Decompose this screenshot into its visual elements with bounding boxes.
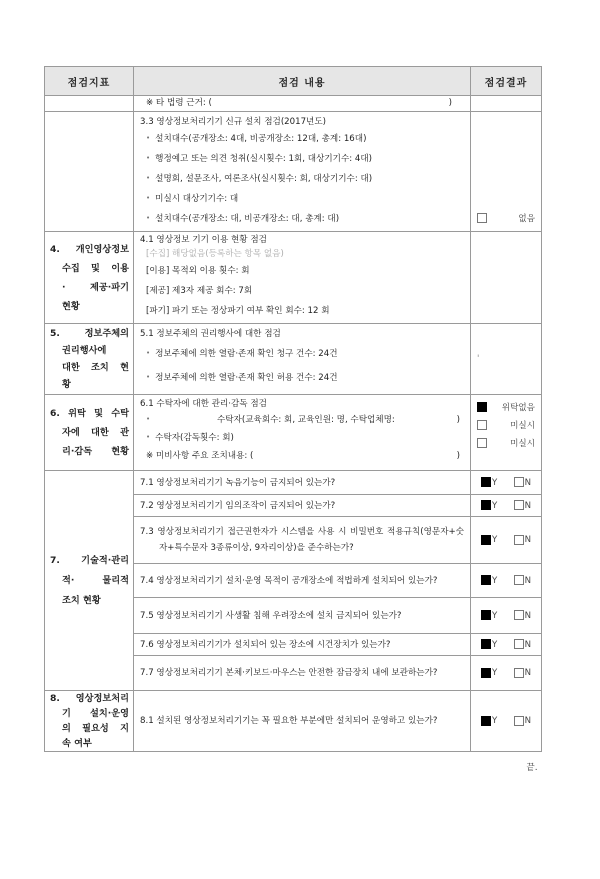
indicator-cell bbox=[45, 96, 134, 112]
item-line: 수탁자(감독횟수: 회) bbox=[140, 429, 464, 447]
checkbox-yes-checked[interactable] bbox=[481, 716, 491, 726]
checkbox-yes-checked[interactable] bbox=[481, 610, 491, 620]
indicator-title-line: 대한 조치 현 bbox=[50, 359, 129, 376]
indicator-title-line: 리·감독 현황 bbox=[50, 442, 129, 461]
item-line: 수탁자(교육회수: 회, 교육인원: 명, 수탁업체명: ) bbox=[140, 411, 464, 429]
indicator-title-line: 자에 대한 관 bbox=[50, 423, 129, 442]
close-paren: ) bbox=[457, 447, 460, 465]
no-label: N bbox=[525, 640, 531, 650]
table-row: 5. 정보주체의 권리행사에 대한 조치 현 황 5.1 정보주체의 권리행사에… bbox=[45, 324, 542, 395]
item-line: 설치대수(공개장소: 4대, 비공개장소: 12대, 총계: 16대) bbox=[140, 130, 464, 149]
content-cell: ※ 타 법령 근거: ( ) bbox=[134, 96, 471, 112]
item-line: [이용] 목적외 이용 횟수: 회 bbox=[140, 261, 464, 281]
yes-no-choice: Y N bbox=[477, 716, 535, 727]
question-text: 8.1 설치된 영상정보처리기기는 꼭 필요한 부분에만 설치되어 운영하고 있… bbox=[140, 713, 464, 729]
other-law-basis-label: ※ 타 법령 근거: ( bbox=[146, 96, 212, 111]
indicator-cell: 8. 영상정보처리 기 설치·운영 의 필요성 지 속 여부 bbox=[45, 691, 134, 752]
checkbox[interactable] bbox=[477, 438, 487, 448]
yes-no-choice: Y N bbox=[477, 668, 535, 679]
yes-label: Y bbox=[492, 668, 497, 678]
checkbox-yes-checked[interactable] bbox=[481, 477, 491, 487]
indicator-number: 8. bbox=[50, 693, 60, 704]
result-option: 미실시 bbox=[477, 416, 535, 434]
indicator-title-line: 수집 및 이용 bbox=[50, 259, 129, 278]
result-option: 없음 bbox=[477, 209, 535, 227]
indicator-cell bbox=[45, 112, 134, 232]
indicator-number: 6. bbox=[50, 408, 60, 419]
checkbox-label: 위탁없음 bbox=[502, 401, 535, 413]
indicator-title: 개인영상정보 bbox=[76, 244, 129, 255]
item-line: 설명회, 설문조사, 여론조사(실시횟수: 회, 대상기기수: 대) bbox=[140, 169, 464, 189]
table-row: 8. 영상정보처리 기 설치·운영 의 필요성 지 속 여부 8.1 설치된 영… bbox=[45, 691, 542, 752]
checkbox-no[interactable] bbox=[514, 500, 524, 510]
content-cell: 8.1 설치된 영상정보처리기기는 꼭 필요한 부분에만 설치되어 운영하고 있… bbox=[134, 691, 471, 752]
no-label: N bbox=[525, 501, 531, 511]
content-cell: 7.6 영상정보처리기기가 설치되어 있는 장소에 시건장치가 있는가? bbox=[134, 634, 471, 656]
result-cell: Y N bbox=[471, 634, 542, 656]
item-title: 3.3 영상정보처리기기 신규 설치 점검(2017년도) bbox=[140, 115, 464, 130]
item-line: 설치대수(공개장소: 대, 비공개장소: 대, 총계: 대) bbox=[140, 209, 464, 229]
note-text: ※ 미비사항 주요 조치내용: ( bbox=[146, 447, 253, 465]
no-label: N bbox=[525, 668, 531, 678]
yes-no-choice: Y N bbox=[477, 639, 535, 650]
content-cell: 6.1 수탁자에 대한 관리·감독 점검 수탁자(교육회수: 회, 교육인원: … bbox=[134, 395, 471, 471]
item-title: 5.1 정보주체의 권리행사에 대한 점검 bbox=[140, 326, 464, 342]
checkbox[interactable] bbox=[477, 213, 487, 223]
item-line: 미실시 대상기기수: 대 bbox=[140, 189, 464, 209]
content-cell: 7.5 영상정보처리기기 사생활 침해 우려장소에 설치 금지되어 있는가? bbox=[134, 598, 471, 634]
yes-no-choice: Y N bbox=[477, 477, 535, 488]
yes-no-choice: Y N bbox=[477, 610, 535, 621]
yes-no-choice: Y N bbox=[477, 575, 535, 586]
note-line: ※ 미비사항 주요 조치내용: ( ) bbox=[140, 447, 464, 465]
indicator-title-line: 권리행사에 bbox=[50, 342, 129, 359]
indicator-number: 5. bbox=[50, 328, 60, 339]
table-row: ※ 타 법령 근거: ( ) bbox=[45, 96, 542, 112]
inspection-checklist-table: 점검지표 점검 내용 점검결과 ※ 타 법령 근거: ( ) 3.3 영상정보처… bbox=[44, 66, 542, 752]
close-paren: ) bbox=[457, 411, 460, 429]
item-line: 정보주체에 의한 열람·존재 확인 허용 건수: 24건 bbox=[140, 366, 464, 390]
item-line: [파기] 파기 또는 정상파기 여부 확인 회수: 12 회 bbox=[140, 301, 464, 321]
item-line: [수집] 해당없음(등록하는 항목 없음) bbox=[140, 247, 464, 261]
close-paren: ) bbox=[449, 96, 452, 111]
no-label: N bbox=[525, 535, 531, 545]
checkbox-no[interactable] bbox=[514, 668, 524, 678]
checkbox-no[interactable] bbox=[514, 477, 524, 487]
end-mark: 끝. bbox=[526, 760, 538, 773]
result-cell bbox=[471, 96, 542, 112]
indicator-title-line: 의 필요성 지 bbox=[50, 721, 129, 736]
table-row: 6. 위탁 및 수탁 자에 대한 관 리·감독 현황 6.1 수탁자에 대한 관… bbox=[45, 395, 542, 471]
yes-label: Y bbox=[492, 576, 497, 586]
item-line: 정보주체에 의한 열람·존재 확인 청구 건수: 24건 bbox=[140, 342, 464, 366]
content-cell: 3.3 영상정보처리기기 신규 설치 점검(2017년도) 설치대수(공개장소:… bbox=[134, 112, 471, 232]
item-line-text: 수탁자(교육회수: 회, 교육인원: 명, 수탁업체명: bbox=[217, 411, 395, 429]
indicator-cell: 6. 위탁 및 수탁 자에 대한 관 리·감독 현황 bbox=[45, 395, 134, 471]
indicator-title-line: · 제공·파기 bbox=[50, 278, 129, 297]
no-label: N bbox=[525, 611, 531, 621]
checkbox-label: 미실시 bbox=[510, 419, 535, 431]
result-option: 미실시 bbox=[477, 434, 535, 452]
table-row: 7. 기술적·관리 적· 물리적 조치 현황 7.1 영상정보처리기기 녹음기능… bbox=[45, 471, 542, 495]
question-text: 7.3 영상정보처리기기 접근권한자가 시스템을 사용 시 비밀번호 적용규칙(… bbox=[140, 524, 464, 556]
indicator-title: 정보주체의 bbox=[85, 328, 129, 339]
table-row: 4. 개인영상정보 수집 및 이용 · 제공·파기 현황 4.1 영상정보 기기… bbox=[45, 232, 542, 324]
yes-label: Y bbox=[492, 478, 497, 488]
indicator-title-line: 황 bbox=[50, 376, 129, 393]
checkbox-no[interactable] bbox=[514, 639, 524, 649]
question-text: 7.7 영상정보처리기기 본체·키보드·마우스는 안전한 잠금장치 내에 보관하… bbox=[140, 665, 464, 681]
checkbox-checked[interactable] bbox=[477, 402, 487, 412]
content-cell: 4.1 영상정보 기기 이용 현황 점검 [수집] 해당없음(등록하는 항목 없… bbox=[134, 232, 471, 324]
indicator-title: 기술적·관리 bbox=[81, 555, 129, 566]
checkbox-yes-checked[interactable] bbox=[481, 575, 491, 585]
question-text: 7.2 영상정보처리기기 임의조작이 금지되어 있는가? bbox=[140, 498, 464, 514]
indicator-cell: 5. 정보주체의 권리행사에 대한 조치 현 황 bbox=[45, 324, 134, 395]
result-cell: 없음 bbox=[471, 112, 542, 232]
indicator-cell: 7. 기술적·관리 적· 물리적 조치 현황 bbox=[45, 471, 134, 691]
no-label: N bbox=[525, 478, 531, 488]
result-cell: Y N bbox=[471, 471, 542, 495]
checkbox-no[interactable] bbox=[514, 575, 524, 585]
table-row: 3.3 영상정보처리기기 신규 설치 점검(2017년도) 설치대수(공개장소:… bbox=[45, 112, 542, 232]
content-cell: 7.7 영상정보처리기기 본체·키보드·마우스는 안전한 잠금장치 내에 보관하… bbox=[134, 656, 471, 691]
header-indicator: 점검지표 bbox=[45, 67, 134, 96]
indicator-title-line: 기 설치·운영 bbox=[50, 706, 129, 721]
indicator-number: 4. bbox=[50, 244, 60, 255]
item-line: 행정예고 또는 의견 청취(실시횟수: 1회, 대상기기수: 4대) bbox=[140, 149, 464, 169]
result-option: 위탁없음 bbox=[477, 398, 535, 416]
indicator-number: 7. bbox=[50, 555, 60, 566]
yes-label: Y bbox=[492, 640, 497, 650]
item-title: 4.1 영상정보 기기 이용 현황 점검 bbox=[140, 233, 464, 247]
yes-label: Y bbox=[492, 611, 497, 621]
no-label: N bbox=[525, 716, 531, 726]
no-label: N bbox=[525, 576, 531, 586]
indicator-title-line: 속 여부 bbox=[50, 736, 129, 751]
item-line: [제공] 제3자 제공 회수: 7회 bbox=[140, 281, 464, 301]
checkbox-no[interactable] bbox=[514, 716, 524, 726]
yes-no-choice: Y N bbox=[477, 535, 535, 546]
checkbox-yes-checked[interactable] bbox=[481, 639, 491, 649]
yes-label: Y bbox=[492, 501, 497, 511]
question-text: 7.1 영상정보처리기기 녹음기능이 금지되어 있는가? bbox=[140, 475, 464, 491]
result-cell: Y N bbox=[471, 656, 542, 691]
content-cell: 7.4 영상정보처리기기 설치·운영 목적이 공개장소에 적법하게 설치되어 있… bbox=[134, 564, 471, 598]
result-mark: ' bbox=[477, 354, 479, 364]
checkbox[interactable] bbox=[477, 420, 487, 430]
checkbox-yes-checked[interactable] bbox=[481, 500, 491, 510]
item-title: 6.1 수탁자에 대한 관리·감독 점검 bbox=[140, 397, 464, 411]
indicator-title: 영상정보처리 bbox=[76, 693, 129, 704]
indicator-title-line: 조치 현황 bbox=[50, 591, 129, 611]
yes-label: Y bbox=[492, 716, 497, 726]
checkbox-yes-checked[interactable] bbox=[481, 668, 491, 678]
content-cell: 7.2 영상정보처리기기 임의조작이 금지되어 있는가? bbox=[134, 495, 471, 517]
indicator-title-line: 적· 물리적 bbox=[50, 571, 129, 591]
result-cell: 위탁없음 미실시 미실시 bbox=[471, 395, 542, 471]
result-cell: Y N bbox=[471, 691, 542, 752]
content-cell: 5.1 정보주체의 권리행사에 대한 점검 정보주체에 의한 열람·존재 확인 … bbox=[134, 324, 471, 395]
yes-no-choice: Y N bbox=[477, 500, 535, 511]
result-cell: Y N bbox=[471, 517, 542, 564]
checkbox-no[interactable] bbox=[514, 610, 524, 620]
question-text: 7.6 영상정보처리기기가 설치되어 있는 장소에 시건장치가 있는가? bbox=[140, 637, 464, 653]
result-cell: Y N bbox=[471, 598, 542, 634]
checkbox-label: 미실시 bbox=[510, 437, 535, 449]
question-text: 7.4 영상정보처리기기 설치·운영 목적이 공개장소에 적법하게 설치되어 있… bbox=[140, 573, 464, 589]
result-cell: Y N bbox=[471, 495, 542, 517]
header-row: 점검지표 점검 내용 점검결과 bbox=[45, 67, 542, 96]
result-cell bbox=[471, 232, 542, 324]
result-cell: ' bbox=[471, 324, 542, 395]
checkbox-no[interactable] bbox=[514, 535, 524, 545]
checkbox-label: 없음 bbox=[518, 212, 535, 224]
indicator-title: 위탁 및 수탁 bbox=[68, 408, 129, 419]
result-cell: Y N bbox=[471, 564, 542, 598]
yes-label: Y bbox=[492, 535, 497, 545]
indicator-cell: 4. 개인영상정보 수집 및 이용 · 제공·파기 현황 bbox=[45, 232, 134, 324]
checkbox-yes-checked[interactable] bbox=[481, 535, 491, 545]
content-cell: 7.3 영상정보처리기기 접근권한자가 시스템을 사용 시 비밀번호 적용규칙(… bbox=[134, 517, 471, 564]
indicator-title-line: 현황 bbox=[50, 297, 129, 316]
content-cell: 7.1 영상정보처리기기 녹음기능이 금지되어 있는가? bbox=[134, 471, 471, 495]
header-result: 점검결과 bbox=[471, 67, 542, 96]
header-content: 점검 내용 bbox=[134, 67, 471, 96]
question-text: 7.5 영상정보처리기기 사생활 침해 우려장소에 설치 금지되어 있는가? bbox=[140, 608, 464, 624]
